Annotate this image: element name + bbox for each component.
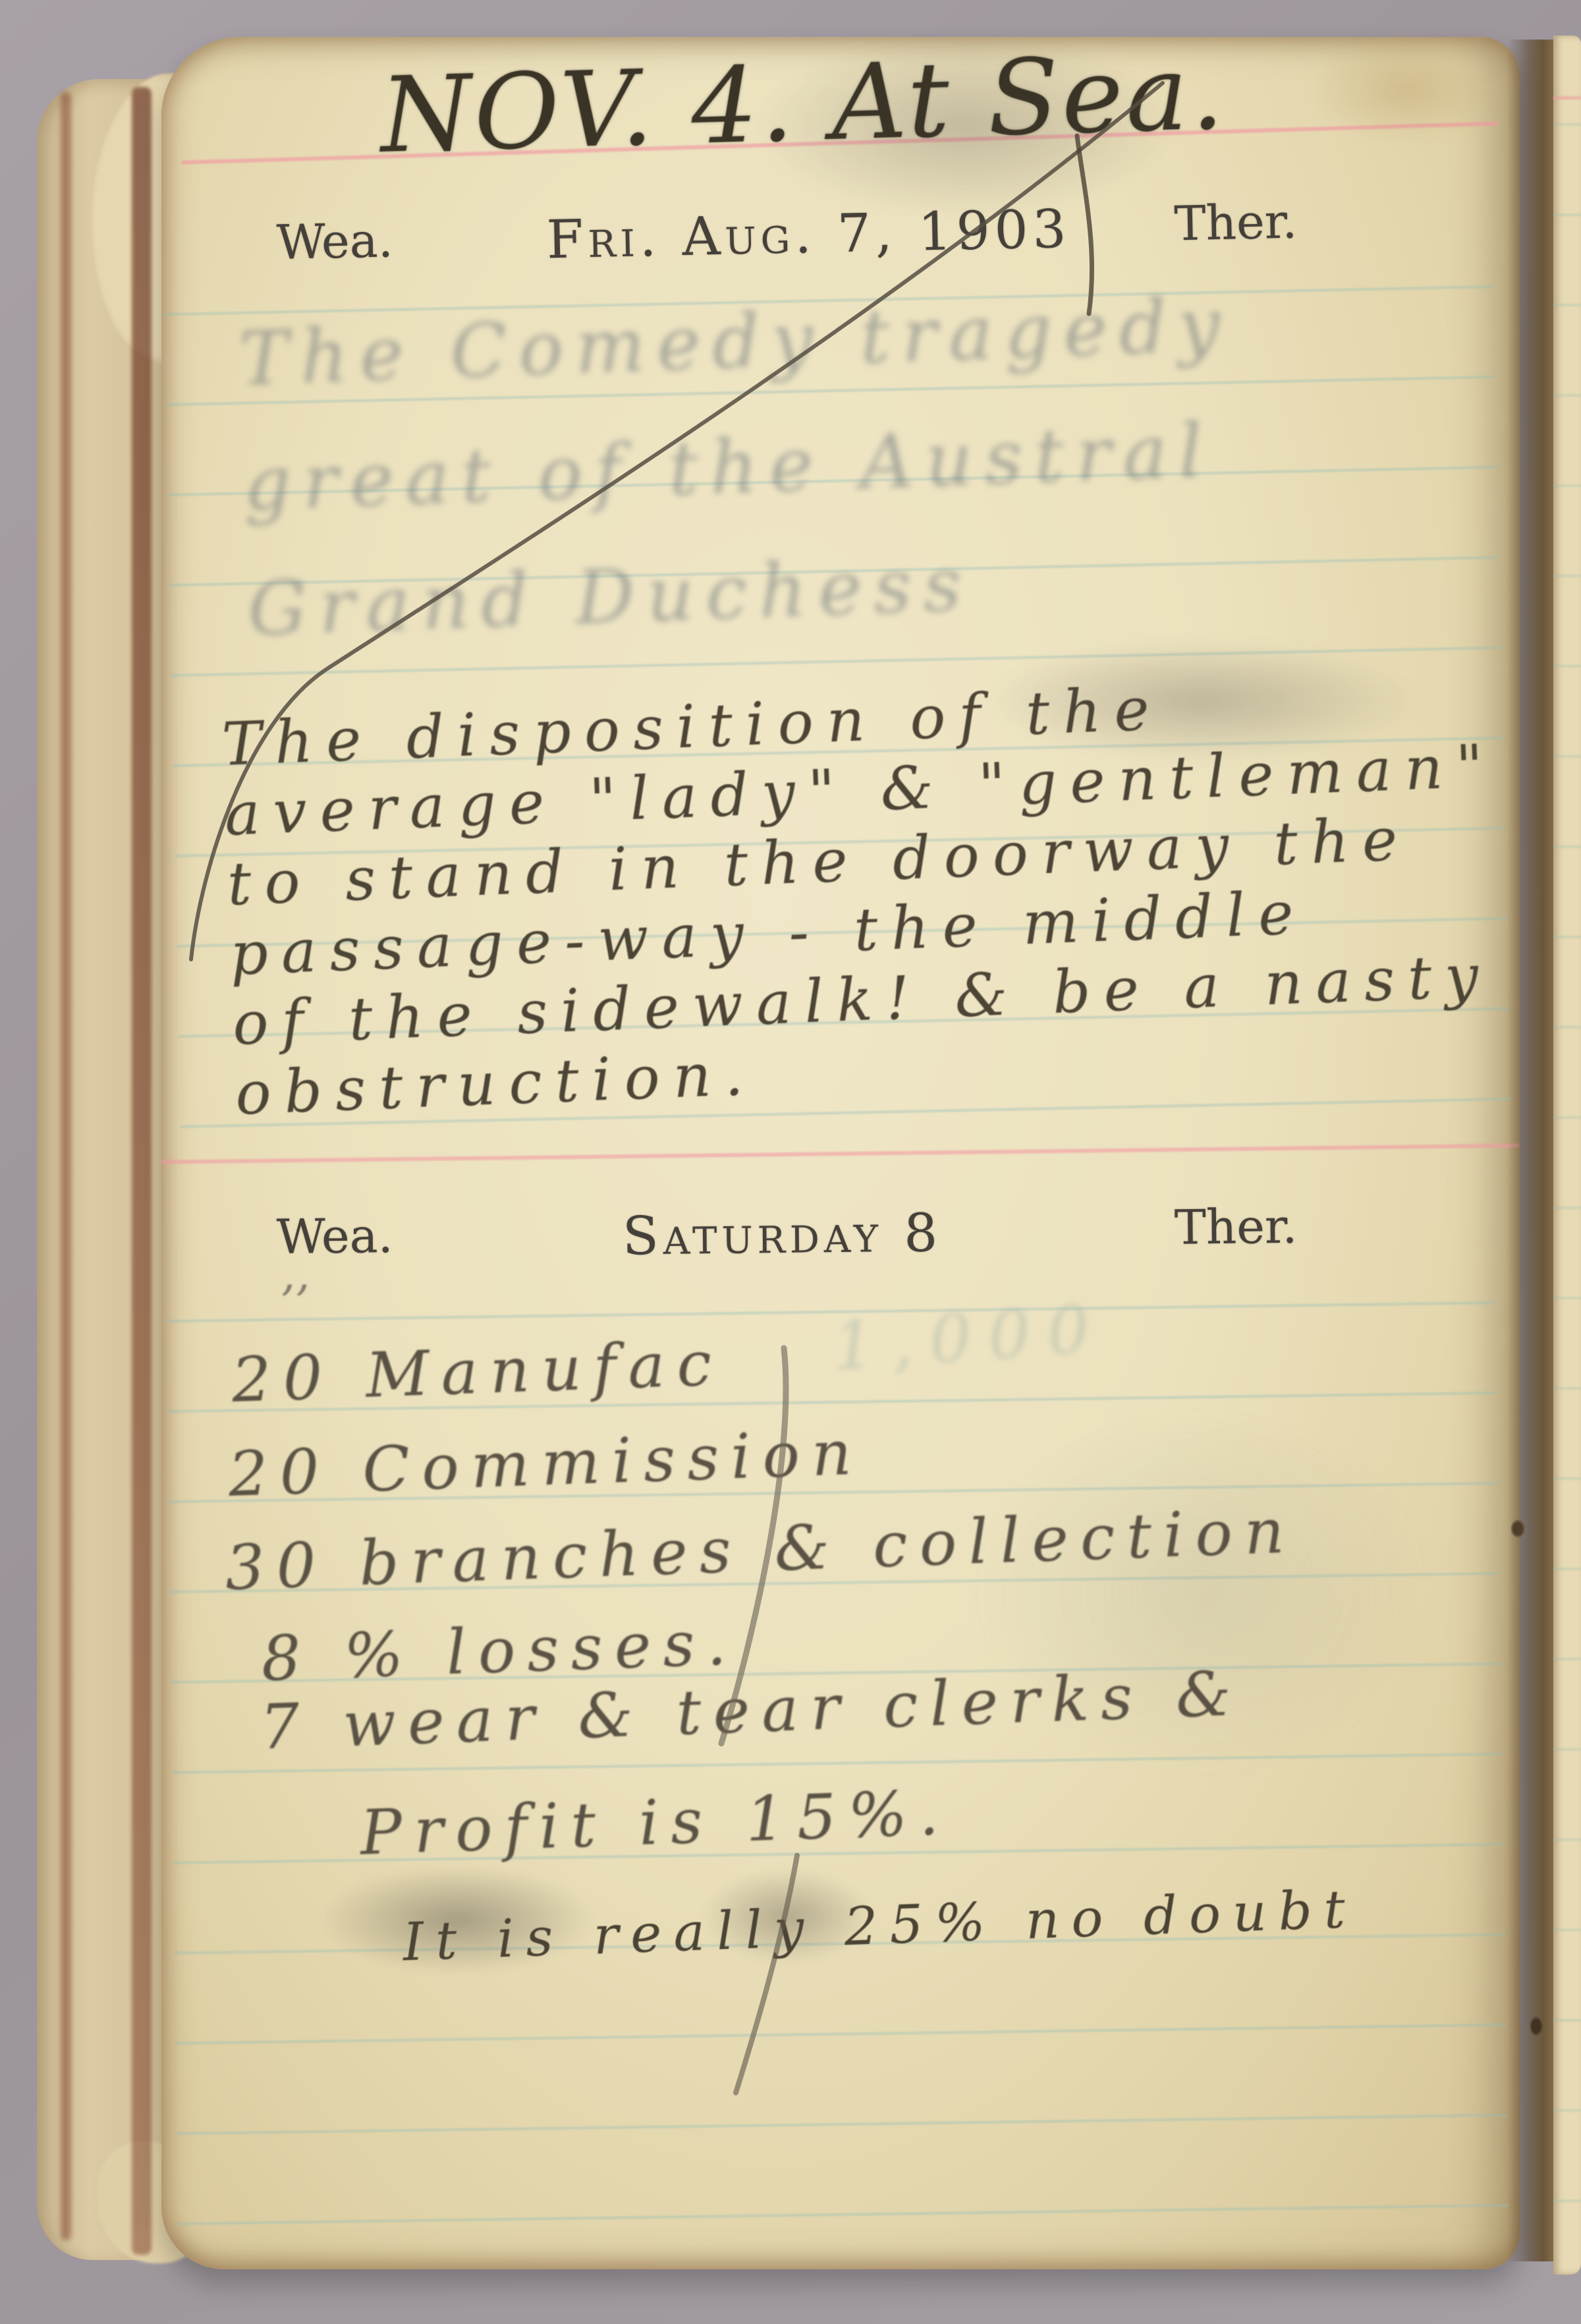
- facing-page-pink-rule: [1553, 96, 1581, 99]
- stray-pencil-marks: ’’: [280, 1276, 310, 1330]
- book-gutter-shadow: [1507, 40, 1557, 2261]
- facing-page-ruled-lines: [1553, 36, 1581, 2275]
- weather-label: Wea.: [276, 212, 393, 270]
- weather-label: Wea.: [276, 1208, 393, 1264]
- diary-page: NOV. 4. At Sea. Wea. Fri. Aug. 7, 1903 T…: [161, 37, 1520, 2269]
- paper-stain: [1308, 37, 1505, 142]
- saturday-date-heading: Saturday 8: [622, 1202, 942, 1266]
- page-title: NOV. 4. At Sea.: [379, 32, 1228, 177]
- thermometer-label: Ther.: [1174, 1199, 1297, 1255]
- page-edge-stain: [132, 87, 152, 2255]
- page-edge-stain: [61, 92, 71, 2240]
- friday-note: The disposition of the average "lady" & …: [221, 662, 1509, 1129]
- saturday-header: Wea. Saturday 8 Ther.: [161, 1196, 1520, 1283]
- friday-date-heading: Fri. Aug. 7, 1903: [546, 198, 1071, 271]
- erased-note: The Comedy tragedy great of the Austral …: [237, 262, 1242, 672]
- stitching-hole: [1530, 2016, 1543, 2036]
- facing-page-edge: [1553, 36, 1581, 2275]
- thermometer-label: Ther.: [1174, 193, 1298, 251]
